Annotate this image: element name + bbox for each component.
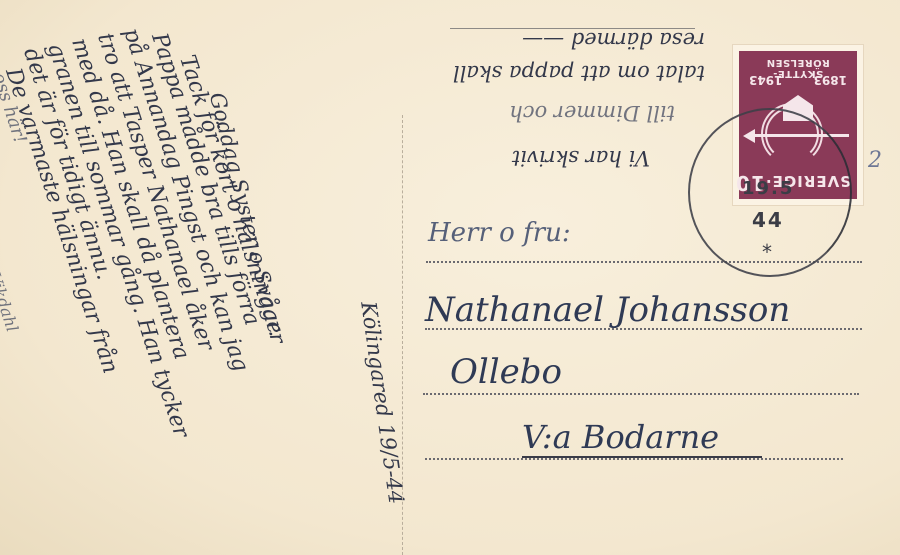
address-rule [425,328,862,330]
address-post-town: V:a Bodarne [522,418,719,456]
postmark-date: 19.5 [742,178,794,199]
note-line: Vi har skrivit [512,146,650,170]
address-rule [425,458,843,460]
note-line: till Dimmer och [509,101,675,125]
address-salutation: Herr o fru: [428,218,571,248]
top-rule [450,28,695,29]
address-rule [423,393,859,395]
postcard: Goddag Syster o Svåger Tack för kort o h… [0,0,900,555]
upside-down-note: Vi har skrivit till Dimmer och talat om … [370,15,710,190]
margin-mark: 2 [868,148,882,173]
post-town-underline [522,456,762,458]
address-name: Nathanael Johansson [425,290,790,330]
stamp-legend: SKYTTE-RÖRELSEN [743,57,853,79]
note-line: talat om att pappa skall [453,61,705,85]
postmark-star-icon: * [762,240,772,264]
address-place: Ollebo [450,352,562,392]
postmark-year: 44 [752,208,784,232]
signature: Emil Vikdahl [0,230,22,334]
note-line: resa därmed —— [522,28,705,52]
center-divider [402,115,403,555]
date-line: Kölingared 19/5-44 [356,300,408,506]
